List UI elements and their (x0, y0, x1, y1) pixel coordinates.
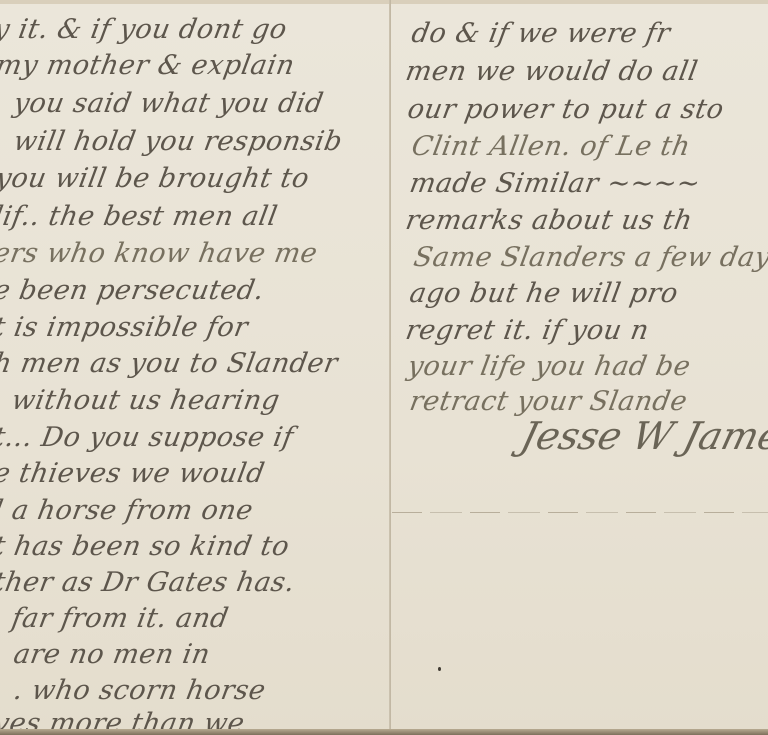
left-line-9: t is impossible for (0, 312, 250, 343)
left-line-19: . who scorn horse (11, 675, 268, 706)
right-line-3: our power to put a sto (405, 94, 726, 125)
right-line-6: remarks about us th (403, 205, 695, 236)
signature: Jesse W James (517, 414, 768, 458)
left-line-7: ers who know have me (0, 238, 320, 269)
left-line-13: e thieves we would (0, 458, 267, 489)
horizontal-fold-crease (392, 512, 768, 513)
ink-speck (438, 667, 441, 671)
left-line-17: far from it. and (9, 603, 231, 634)
right-line-9: regret it. if you n (403, 315, 651, 346)
right-line-2: men we would do all (403, 56, 700, 87)
right-line-5: made Similar ~~~~ (407, 168, 703, 199)
right-line-1: do & if we were fr (409, 18, 673, 49)
left-line-15: t has been so kind to (0, 531, 292, 562)
left-line-1: y it. & if you dont go (0, 14, 289, 45)
right-line-4: Clint Allen. of Le th (409, 131, 693, 162)
left-page: y it. & if you dont go my mother & expla… (0, 0, 388, 735)
left-line-4: will hold you responsib (11, 126, 345, 157)
left-line-11: without us hearing (9, 385, 282, 416)
left-line-5: you will be brought to (0, 163, 312, 194)
left-line-2: my mother & explain (0, 50, 297, 81)
right-page: do & if we were fr men we would do all o… (392, 0, 768, 735)
frame-bottom-edge (0, 729, 768, 735)
right-line-11: retract your Slande (407, 386, 690, 417)
right-line-10: your life you had be (405, 351, 693, 382)
letter-sheet: y it. & if you dont go my mother & expla… (0, 0, 768, 735)
left-line-3: you said what you did (11, 88, 326, 119)
left-line-18: are no men in (11, 639, 212, 670)
right-line-8: ago but he will pro (407, 278, 680, 309)
left-line-10: h men as you to Slander (0, 348, 340, 379)
left-line-16: ther as Dr Gates has. (0, 567, 297, 598)
vertical-fold-crease (389, 0, 391, 735)
left-line-12: t... Do you suppose if (0, 422, 296, 453)
left-line-14: l a horse from one (0, 495, 256, 526)
right-line-7: Same Slanders a few day (411, 242, 768, 273)
left-line-6: lif.. the best men all (0, 201, 280, 232)
left-line-8: e been persecuted. (0, 275, 267, 306)
